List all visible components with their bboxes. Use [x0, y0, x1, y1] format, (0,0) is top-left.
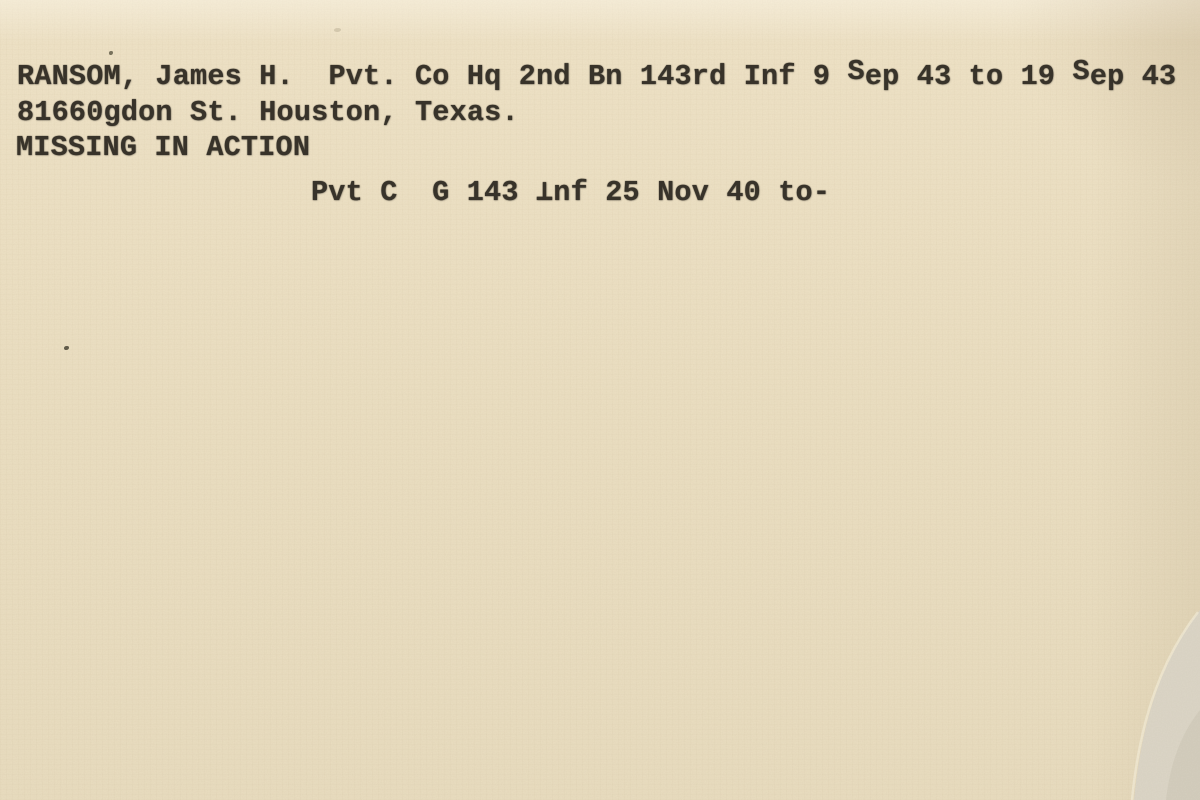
typed-line-status: MISSING IN ACTION: [16, 134, 310, 163]
scanned-document: RANSOM, James H. Pvt. Co Hq 2nd Bn 143rd…: [0, 0, 1200, 800]
typed-line-name-rank-unit: RANSOM, James H. Pvt. Co Hq 2nd Bn 143rd…: [17, 63, 1176, 92]
typed-segment: ep 43 to 19: [865, 60, 1073, 93]
card-corner-curl: [1080, 600, 1200, 800]
typed-segment-raised-letter: S: [848, 55, 865, 88]
typed-segment: ep 43: [1090, 60, 1177, 93]
typed-line-address: 81660gdon St. Houston, Texas.: [17, 99, 519, 128]
typed-segment: RANSOM, James H. Pvt. Co Hq 2nd Bn 143rd…: [17, 60, 848, 93]
typed-segment-raised-letter: S: [1073, 55, 1090, 88]
paper-speck: [109, 51, 113, 55]
paper-speck: [64, 346, 69, 350]
paper-smudge: [334, 28, 341, 32]
typed-line-prior-service: Pvt C G 143 ⊥nf 25 Nov 40 to-: [311, 179, 830, 208]
